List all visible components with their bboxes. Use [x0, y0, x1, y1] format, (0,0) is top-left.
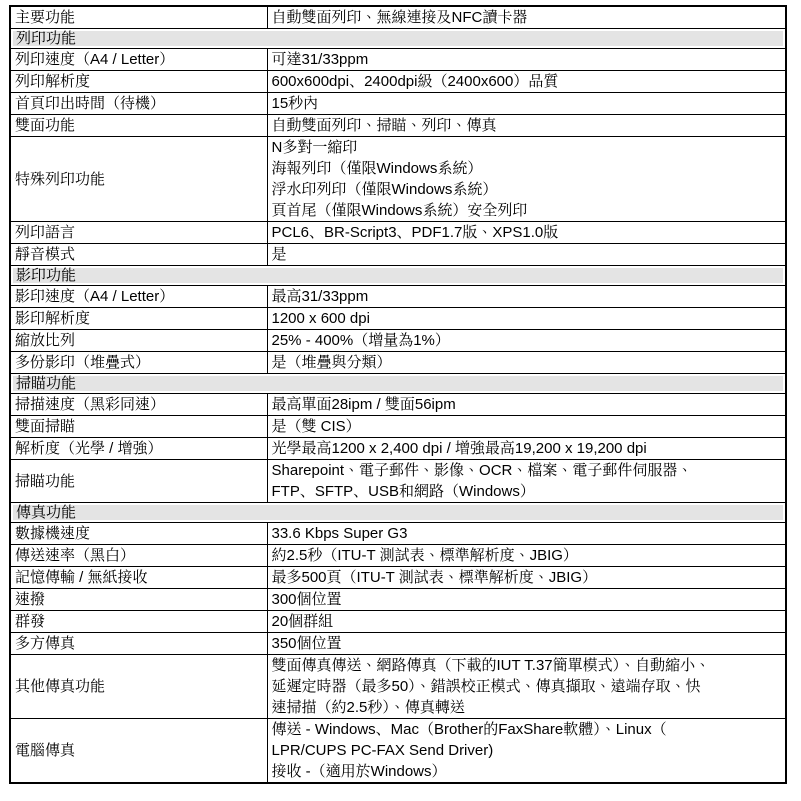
value-line: Sharepoint、電子郵件、影像、OCR、檔案、電子郵件伺服器、 [272, 460, 782, 481]
value-line: 可達31/33ppm [272, 49, 782, 70]
row-label: 多份影印（堆疊式） [10, 352, 267, 374]
row-value: 自動雙面列印、掃瞄、列印、傳真 [267, 115, 786, 137]
row-value: Sharepoint、電子郵件、影像、OCR、檔案、電子郵件伺服器、FTP、SF… [267, 460, 786, 503]
row-value: 雙面傳真傳送、網路傳真（下載的IUT T.37簡單模式）、自動縮小、延遲定時器（… [267, 655, 786, 719]
row-label: 縮放比列 [10, 330, 267, 352]
row-value: 1200 x 600 dpi [267, 308, 786, 330]
table-row: 掃瞄功能Sharepoint、電子郵件、影像、OCR、檔案、電子郵件伺服器、FT… [10, 460, 786, 503]
value-line: 約2.5秒（ITU-T 測試表、標準解析度、JBIG） [272, 545, 782, 566]
section-header: 列印功能 [10, 29, 786, 49]
row-label: 記憶傳輸 / 無紙接收 [10, 567, 267, 589]
row-value: 33.6 Kbps Super G3 [267, 523, 786, 545]
value-line: 最多500頁（ITU-T 測試表、標準解析度、JBIG） [272, 567, 782, 588]
row-value: 最高單面28ipm / 雙面56ipm [267, 394, 786, 416]
value-line: 速掃描（約2.5秒）、傳真轉送 [272, 697, 782, 718]
table-row: 群發20個群組 [10, 611, 786, 633]
row-label: 掃描速度（黑彩同速） [10, 394, 267, 416]
value-line: 光學最高1200 x 2,400 dpi / 增強最高19,200 x 19,2… [272, 438, 782, 459]
value-line: 接收 -（適用於Windows） [272, 761, 782, 782]
value-line: 傳送 - Windows、Mac（Brother的FaxShare軟體）、Lin… [272, 719, 782, 740]
table-row: 記憶傳輸 / 無紙接收最多500頁（ITU-T 測試表、標準解析度、JBIG） [10, 567, 786, 589]
table-row: 列印解析度600x600dpi、2400dpi級（2400x600）品質 [10, 71, 786, 93]
table-row: 多方傳真350個位置 [10, 633, 786, 655]
table-row: 縮放比列25% - 400%（增量為1%） [10, 330, 786, 352]
value-line: 是（堆疊與分類） [272, 352, 782, 373]
value-line: 浮水印列印（僅限Windows系統） [272, 179, 782, 200]
table-row: 影印解析度1200 x 600 dpi [10, 308, 786, 330]
row-label: 首頁印出時間（待機） [10, 93, 267, 115]
row-label: 列印速度（A4 / Letter） [10, 49, 267, 71]
value-line: 25% - 400%（增量為1%） [272, 330, 782, 351]
row-label: 主要功能 [10, 6, 267, 29]
value-line: PCL6、BR-Script3、PDF1.7版、XPS1.0版 [272, 222, 782, 243]
row-value: 光學最高1200 x 2,400 dpi / 增強最高19,200 x 19,2… [267, 438, 786, 460]
row-label: 群發 [10, 611, 267, 633]
row-value: 可達31/33ppm [267, 49, 786, 71]
row-label: 雙面掃瞄 [10, 416, 267, 438]
spec-table: 主要功能自動雙面列印、無線連接及NFC讀卡器列印功能列印速度（A4 / Lett… [9, 5, 787, 784]
value-line: 600x600dpi、2400dpi級（2400x600）品質 [272, 71, 782, 92]
row-value: N多對一縮印海報列印（僅限Windows系統）浮水印列印（僅限Windows系統… [267, 137, 786, 222]
row-value: 是 [267, 244, 786, 266]
row-value: 自動雙面列印、無線連接及NFC讀卡器 [267, 6, 786, 29]
row-label: 影印速度（A4 / Letter） [10, 286, 267, 308]
row-value: 20個群組 [267, 611, 786, 633]
value-line: 雙面傳真傳送、網路傳真（下載的IUT T.37簡單模式）、自動縮小、 [272, 655, 782, 676]
row-label: 傳送速率（黑白） [10, 545, 267, 567]
row-value: 15秒內 [267, 93, 786, 115]
value-line: 33.6 Kbps Super G3 [272, 523, 782, 544]
value-line: 最高31/33ppm [272, 286, 782, 307]
table-row: 列印語言PCL6、BR-Script3、PDF1.7版、XPS1.0版 [10, 222, 786, 244]
table-row: 多份影印（堆疊式）是（堆疊與分類） [10, 352, 786, 374]
section-row: 傳真功能 [10, 503, 786, 523]
value-line: 自動雙面列印、掃瞄、列印、傳真 [272, 115, 782, 136]
section-row: 列印功能 [10, 29, 786, 49]
row-label: 解析度（光學 / 增強） [10, 438, 267, 460]
row-label: 電腦傳真 [10, 719, 267, 784]
row-value: 300個位置 [267, 589, 786, 611]
table-row: 掃描速度（黑彩同速）最高單面28ipm / 雙面56ipm [10, 394, 786, 416]
section-header: 影印功能 [10, 266, 786, 286]
section-header: 傳真功能 [10, 503, 786, 523]
row-value: 最高31/33ppm [267, 286, 786, 308]
value-line: LPR/CUPS PC-FAX Send Driver) [272, 740, 782, 761]
table-row: 影印速度（A4 / Letter）最高31/33ppm [10, 286, 786, 308]
row-value: 600x600dpi、2400dpi級（2400x600）品質 [267, 71, 786, 93]
table-row: 解析度（光學 / 增強）光學最高1200 x 2,400 dpi / 增強最高1… [10, 438, 786, 460]
row-value: 約2.5秒（ITU-T 測試表、標準解析度、JBIG） [267, 545, 786, 567]
table-row: 列印速度（A4 / Letter）可達31/33ppm [10, 49, 786, 71]
section-row: 影印功能 [10, 266, 786, 286]
table-row: 主要功能自動雙面列印、無線連接及NFC讀卡器 [10, 6, 786, 29]
value-line: 300個位置 [272, 589, 782, 610]
value-line: 自動雙面列印、無線連接及NFC讀卡器 [272, 7, 782, 28]
value-line: 延遲定時器（最多50）、錯誤校正模式、傳真擷取、遠端存取、快 [272, 676, 782, 697]
section-row: 掃瞄功能 [10, 374, 786, 394]
row-label: 多方傳真 [10, 633, 267, 655]
value-line: 海報列印（僅限Windows系統） [272, 158, 782, 179]
value-line: 是（雙 CIS） [272, 416, 782, 437]
row-label: 速撥 [10, 589, 267, 611]
row-value: 是（雙 CIS） [267, 416, 786, 438]
value-line: FTP、SFTP、USB和網路（Windows） [272, 481, 782, 502]
table-row: 首頁印出時間（待機）15秒內 [10, 93, 786, 115]
spec-table-body: 主要功能自動雙面列印、無線連接及NFC讀卡器列印功能列印速度（A4 / Lett… [10, 6, 786, 783]
value-line: 1200 x 600 dpi [272, 308, 782, 329]
row-label: 掃瞄功能 [10, 460, 267, 503]
row-value: 是（堆疊與分類） [267, 352, 786, 374]
table-row: 速撥300個位置 [10, 589, 786, 611]
table-row: 靜音模式是 [10, 244, 786, 266]
value-line: 15秒內 [272, 93, 782, 114]
table-row: 雙面功能自動雙面列印、掃瞄、列印、傳真 [10, 115, 786, 137]
row-label: 影印解析度 [10, 308, 267, 330]
row-label: 列印解析度 [10, 71, 267, 93]
row-label: 列印語言 [10, 222, 267, 244]
row-value: 25% - 400%（增量為1%） [267, 330, 786, 352]
value-line: 頁首尾（僅限Windows系統）安全列印 [272, 200, 782, 221]
row-label: 特殊列印功能 [10, 137, 267, 222]
row-value: 最多500頁（ITU-T 測試表、標準解析度、JBIG） [267, 567, 786, 589]
row-value: PCL6、BR-Script3、PDF1.7版、XPS1.0版 [267, 222, 786, 244]
section-header: 掃瞄功能 [10, 374, 786, 394]
row-label: 其他傳真功能 [10, 655, 267, 719]
row-label: 數據機速度 [10, 523, 267, 545]
value-line: 20個群組 [272, 611, 782, 632]
value-line: 350個位置 [272, 633, 782, 654]
value-line: 最高單面28ipm / 雙面56ipm [272, 394, 782, 415]
value-line: 是 [272, 244, 782, 265]
table-row: 雙面掃瞄是（雙 CIS） [10, 416, 786, 438]
table-row: 電腦傳真傳送 - Windows、Mac（Brother的FaxShare軟體）… [10, 719, 786, 784]
row-value: 350個位置 [267, 633, 786, 655]
table-row: 數據機速度33.6 Kbps Super G3 [10, 523, 786, 545]
row-value: 傳送 - Windows、Mac（Brother的FaxShare軟體）、Lin… [267, 719, 786, 784]
table-row: 傳送速率（黑白）約2.5秒（ITU-T 測試表、標準解析度、JBIG） [10, 545, 786, 567]
value-line: N多對一縮印 [272, 137, 782, 158]
table-row: 其他傳真功能雙面傳真傳送、網路傳真（下載的IUT T.37簡單模式）、自動縮小、… [10, 655, 786, 719]
row-label: 雙面功能 [10, 115, 267, 137]
row-label: 靜音模式 [10, 244, 267, 266]
table-row: 特殊列印功能N多對一縮印海報列印（僅限Windows系統）浮水印列印（僅限Win… [10, 137, 786, 222]
